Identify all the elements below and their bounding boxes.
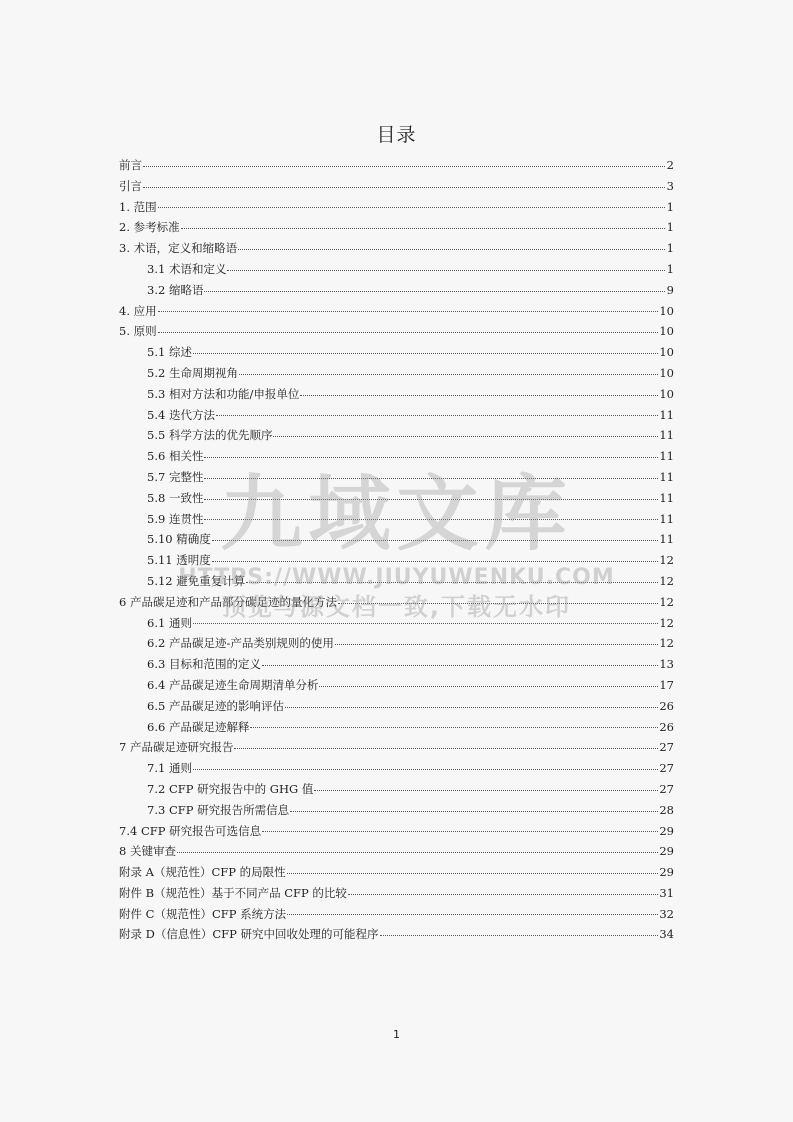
dot-leader bbox=[380, 935, 659, 936]
dot-leader bbox=[262, 665, 658, 666]
toc-entry-page-number: 10 bbox=[659, 301, 674, 322]
toc-entry-page-number: 9 bbox=[666, 280, 674, 301]
toc-entry[interactable]: 5.4 迭代方法11 bbox=[119, 405, 674, 426]
toc-entry[interactable]: 5.1 综述10 bbox=[119, 342, 674, 363]
toc-entry-page-number: 1 bbox=[666, 238, 674, 259]
toc-entry-page-number: 11 bbox=[659, 425, 674, 446]
dot-leader bbox=[234, 748, 658, 749]
toc-entry[interactable]: 5. 原则10 bbox=[119, 321, 674, 342]
toc-entry-label: 5.6 相关性 bbox=[147, 446, 203, 467]
dot-leader bbox=[204, 519, 658, 520]
toc-entry[interactable]: 7.3 CFP 研究报告所需信息28 bbox=[119, 800, 674, 821]
dot-leader bbox=[158, 332, 659, 333]
toc-entry-label: 6.6 产品碳足迹解释 bbox=[147, 717, 249, 738]
toc-entry-label: 5.12 避免重复计算 bbox=[147, 571, 245, 592]
toc-entry-label: 5.2 生命周期视角 bbox=[147, 363, 238, 384]
toc-entry[interactable]: 7.1 通则27 bbox=[119, 758, 674, 779]
toc-entry[interactable]: 附件 C（规范性）CFP 系统方法32 bbox=[119, 904, 674, 925]
toc-entry[interactable]: 7 产品碳足迹研究报告27 bbox=[119, 737, 674, 758]
toc-entry[interactable]: 6.6 产品碳足迹解释26 bbox=[119, 717, 674, 738]
toc-entry-page-number: 17 bbox=[659, 675, 674, 696]
dot-leader bbox=[285, 707, 658, 708]
toc-entry-page-number: 12 bbox=[659, 633, 674, 654]
toc-entry-label: 2. 参考标准 bbox=[119, 217, 180, 238]
toc-entry-page-number: 10 bbox=[659, 363, 674, 384]
dot-leader bbox=[300, 395, 658, 396]
toc-entry-page-number: 29 bbox=[659, 841, 674, 862]
toc-entry-page-number: 12 bbox=[659, 571, 674, 592]
toc-entry[interactable]: 前言2 bbox=[119, 155, 674, 176]
toc-entry-label: 5.1 综述 bbox=[147, 342, 192, 363]
toc-entry-label: 5. 原则 bbox=[119, 321, 157, 342]
toc-entry[interactable]: 5.6 相关性11 bbox=[119, 446, 674, 467]
toc-entry-page-number: 1 bbox=[666, 197, 674, 218]
dot-leader bbox=[212, 561, 659, 562]
toc-entry-page-number: 12 bbox=[659, 550, 674, 571]
toc-entry-page-number: 11 bbox=[659, 488, 674, 509]
toc-entry-label: 7.1 通则 bbox=[147, 758, 192, 779]
dot-leader bbox=[239, 374, 658, 375]
toc-entry-page-number: 1 bbox=[666, 217, 674, 238]
dot-leader bbox=[158, 207, 665, 208]
toc-entry[interactable]: 3. 术语，定义和缩略语1 bbox=[119, 238, 674, 259]
toc-entry-label: 6.3 目标和范围的定义 bbox=[147, 654, 261, 675]
toc-entry[interactable]: 6.5 产品碳足迹的影响评估26 bbox=[119, 696, 674, 717]
toc-entry-page-number: 11 bbox=[659, 467, 674, 488]
toc-entry[interactable]: 附录 A（规范性）CFP 的局限性29 bbox=[119, 862, 674, 883]
toc-entry-label: 附录 D（信息性）CFP 研究中回收处理的可能程序 bbox=[119, 924, 379, 945]
toc-entry[interactable]: 5.12 避免重复计算12 bbox=[119, 571, 674, 592]
dot-leader bbox=[204, 499, 658, 500]
dot-leader bbox=[227, 270, 665, 271]
toc-entry-label: 附录 A（规范性）CFP 的局限性 bbox=[119, 862, 286, 883]
dot-leader bbox=[250, 727, 658, 728]
dot-leader bbox=[338, 603, 658, 604]
toc-entry[interactable]: 3.1 术语和定义1 bbox=[119, 259, 674, 280]
toc-entry-page-number: 13 bbox=[659, 654, 674, 675]
toc-entry[interactable]: 1. 范围1 bbox=[119, 197, 674, 218]
toc-entry[interactable]: 5.8 一致性11 bbox=[119, 488, 674, 509]
toc-entry-page-number: 3 bbox=[666, 176, 674, 197]
toc-entry[interactable]: 7.4 CFP 研究报告可选信息29 bbox=[119, 821, 674, 842]
dot-leader bbox=[204, 478, 658, 479]
toc-entry-label: 6.1 通则 bbox=[147, 613, 192, 634]
dot-leader bbox=[204, 291, 665, 292]
toc-entry[interactable]: 8 关键审查29 bbox=[119, 841, 674, 862]
dot-leader bbox=[262, 831, 658, 832]
toc-entry-label: 5.7 完整性 bbox=[147, 467, 203, 488]
dot-leader bbox=[143, 187, 665, 188]
dot-leader bbox=[348, 894, 658, 895]
toc-entry-page-number: 2 bbox=[666, 155, 674, 176]
toc-entry-label: 6.2 产品碳足迹-产品类别规则的使用 bbox=[147, 633, 334, 654]
toc-entry-page-number: 1 bbox=[666, 259, 674, 280]
dot-leader bbox=[246, 582, 658, 583]
toc-entry-label: 7.4 CFP 研究报告可选信息 bbox=[119, 821, 261, 842]
page-number: 1 bbox=[0, 1028, 793, 1041]
toc-entry-label: 6.4 产品碳足迹生命周期清单分析 bbox=[147, 675, 318, 696]
toc-entry-page-number: 27 bbox=[659, 737, 674, 758]
toc-entry-label: 7.2 CFP 研究报告中的 GHG 值 bbox=[147, 779, 313, 800]
dot-leader bbox=[143, 166, 665, 167]
toc-entry[interactable]: 5.10 精确度11 bbox=[119, 529, 674, 550]
toc-entry[interactable]: 5.11 透明度12 bbox=[119, 550, 674, 571]
dot-leader bbox=[181, 228, 665, 229]
toc-entry[interactable]: 6.2 产品碳足迹-产品类别规则的使用12 bbox=[119, 633, 674, 654]
toc-entry-label: 5.4 迭代方法 bbox=[147, 405, 215, 426]
toc-entry[interactable]: 引言3 bbox=[119, 176, 674, 197]
toc-entry-label: 6 产品碳足迹和产品部分碳足迹的量化方法 bbox=[119, 592, 337, 613]
toc-entry-label: 5.8 一致性 bbox=[147, 488, 203, 509]
dot-leader bbox=[158, 311, 659, 312]
toc-entry-page-number: 11 bbox=[659, 446, 674, 467]
toc-entry-label: 5.10 精确度 bbox=[147, 529, 211, 550]
toc-entry-page-number: 12 bbox=[659, 592, 674, 613]
toc-entry[interactable]: 3.2 缩略语9 bbox=[119, 280, 674, 301]
toc-entry[interactable]: 6.3 目标和范围的定义13 bbox=[119, 654, 674, 675]
toc-entry-page-number: 26 bbox=[659, 696, 674, 717]
toc-entry-label: 附件 B（规范性）基于不同产品 CFP 的比较 bbox=[119, 883, 347, 904]
toc-entry[interactable]: 5.9 连贯性11 bbox=[119, 509, 674, 530]
dot-leader bbox=[193, 353, 658, 354]
toc-entry[interactable]: 5.2 生命周期视角10 bbox=[119, 363, 674, 384]
toc-entry-label: 7.3 CFP 研究报告所需信息 bbox=[147, 800, 289, 821]
dot-leader bbox=[204, 457, 658, 458]
toc-entry[interactable]: 附件 B（规范性）基于不同产品 CFP 的比较31 bbox=[119, 883, 674, 904]
page-title: 目录 bbox=[0, 120, 793, 147]
toc-entry-label: 4. 应用 bbox=[119, 301, 157, 322]
toc-entry-label: 8 关键审查 bbox=[119, 841, 176, 862]
toc-entry-page-number: 10 bbox=[659, 384, 674, 405]
toc-entry-page-number: 29 bbox=[659, 862, 674, 883]
toc-entry-page-number: 29 bbox=[659, 821, 674, 842]
toc-entry-page-number: 31 bbox=[659, 883, 674, 904]
toc-entry-label: 3.1 术语和定义 bbox=[147, 259, 226, 280]
toc-entry[interactable]: 5.5 科学方法的优先顺序11 bbox=[119, 425, 674, 446]
toc-entry-page-number: 10 bbox=[659, 321, 674, 342]
toc-entry-label: 5.5 科学方法的优先顺序 bbox=[147, 425, 272, 446]
toc-entry-label: 6.5 产品碳足迹的影响评估 bbox=[147, 696, 284, 717]
dot-leader bbox=[287, 914, 658, 915]
toc-entry-label: 7 产品碳足迹研究报告 bbox=[119, 737, 233, 758]
toc-entry[interactable]: 5.3 相对方法和功能/申报单位10 bbox=[119, 384, 674, 405]
dot-leader bbox=[287, 873, 659, 874]
toc-entry[interactable]: 6.1 通则12 bbox=[119, 613, 674, 634]
toc-entry-label: 前言 bbox=[119, 155, 142, 176]
dot-leader bbox=[290, 811, 658, 812]
toc-entry-page-number: 11 bbox=[659, 529, 674, 550]
toc-entry[interactable]: 5.7 完整性11 bbox=[119, 467, 674, 488]
dot-leader bbox=[177, 852, 658, 853]
toc-entry-label: 附件 C（规范性）CFP 系统方法 bbox=[119, 904, 286, 925]
dot-leader bbox=[212, 540, 659, 541]
toc-entry-page-number: 11 bbox=[659, 405, 674, 426]
toc-entry[interactable]: 4. 应用10 bbox=[119, 301, 674, 322]
dot-leader bbox=[335, 644, 659, 645]
toc-entry-page-number: 11 bbox=[659, 509, 674, 530]
table-of-contents: 前言2引言31. 范围12. 参考标准13. 术语，定义和缩略语13.1 术语和… bbox=[119, 155, 674, 945]
toc-entry[interactable]: 6 产品碳足迹和产品部分碳足迹的量化方法12 bbox=[119, 592, 674, 613]
toc-entry-page-number: 32 bbox=[659, 904, 674, 925]
dot-leader bbox=[193, 623, 658, 624]
toc-entry-page-number: 12 bbox=[659, 613, 674, 634]
toc-entry-label: 3.2 缩略语 bbox=[147, 280, 203, 301]
dot-leader bbox=[319, 686, 658, 687]
toc-entry-page-number: 26 bbox=[659, 717, 674, 738]
dot-leader bbox=[273, 436, 658, 437]
toc-entry-label: 5.3 相对方法和功能/申报单位 bbox=[147, 384, 299, 405]
toc-entry-label: 1. 范围 bbox=[119, 197, 157, 218]
dot-leader bbox=[216, 415, 658, 416]
toc-entry-page-number: 10 bbox=[659, 342, 674, 363]
toc-entry[interactable]: 附录 D（信息性）CFP 研究中回收处理的可能程序34 bbox=[119, 924, 674, 945]
toc-entry-page-number: 27 bbox=[659, 779, 674, 800]
toc-entry-page-number: 28 bbox=[659, 800, 674, 821]
toc-entry[interactable]: 7.2 CFP 研究报告中的 GHG 值27 bbox=[119, 779, 674, 800]
toc-entry[interactable]: 2. 参考标准1 bbox=[119, 217, 674, 238]
toc-entry-page-number: 34 bbox=[659, 924, 674, 945]
toc-entry-label: 5.11 透明度 bbox=[147, 550, 211, 571]
dot-leader bbox=[314, 790, 658, 791]
dot-leader bbox=[238, 249, 665, 250]
toc-entry[interactable]: 6.4 产品碳足迹生命周期清单分析17 bbox=[119, 675, 674, 696]
dot-leader bbox=[193, 769, 658, 770]
toc-entry-page-number: 27 bbox=[659, 758, 674, 779]
toc-entry-label: 5.9 连贯性 bbox=[147, 509, 203, 530]
toc-entry-label: 3. 术语，定义和缩略语 bbox=[119, 238, 237, 259]
toc-entry-label: 引言 bbox=[119, 176, 142, 197]
